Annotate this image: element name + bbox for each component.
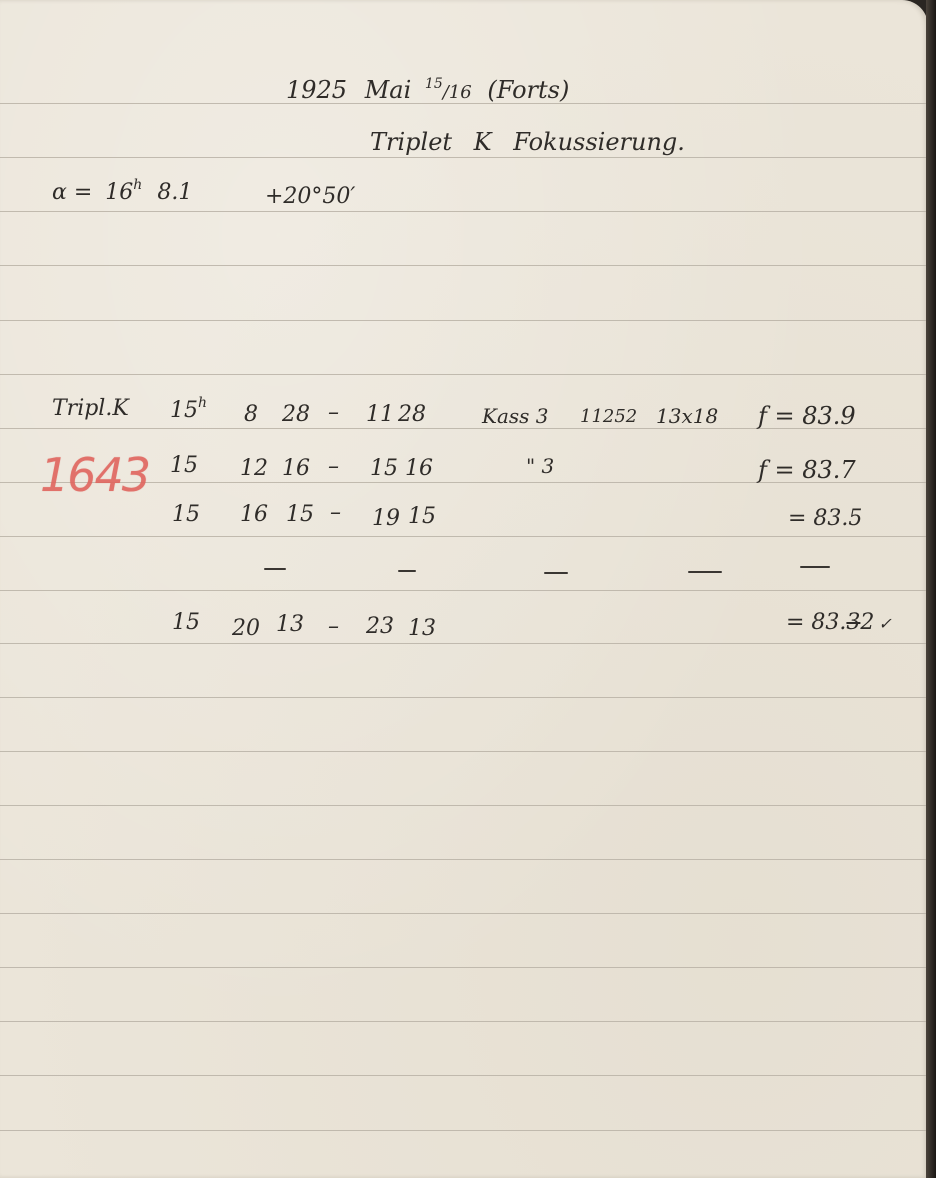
ruled-line	[0, 1130, 926, 1131]
focus-prefix: = 83.	[786, 610, 846, 635]
declination: +20°50′	[265, 186, 355, 208]
ditto-dash	[544, 572, 568, 574]
focus-struck-digit: 3	[846, 610, 860, 635]
row-start-sec: 13	[276, 614, 304, 636]
row-hour: 15	[170, 455, 198, 477]
row-focus-corrected: = 83.32✓	[786, 612, 892, 634]
row-plate-id: 11252	[580, 408, 637, 426]
page-edge-shadow	[926, 0, 936, 1178]
page-subtitle: Triplet K Fokussierung.	[370, 130, 685, 154]
row-focus: f = 83.9	[758, 404, 856, 428]
row-start-sec: 28	[282, 404, 310, 426]
ruled-line	[0, 374, 926, 375]
ruled-line	[0, 859, 926, 860]
row-separator: –	[328, 616, 339, 638]
alpha-hours-unit: h	[133, 177, 142, 193]
ruled-line	[0, 1021, 926, 1022]
row-separator: –	[328, 456, 339, 478]
date-month: Mai	[365, 76, 412, 104]
ruled-line	[0, 751, 926, 752]
date-line: 1925 Mai 15/16 (Forts)	[286, 78, 569, 102]
ditto-dash	[398, 570, 416, 572]
date-note: (Forts)	[487, 76, 569, 104]
alpha-minutes: 8.1	[157, 180, 192, 205]
plate-number-annotation: 1643	[40, 452, 149, 498]
date-day-start: 15	[425, 76, 443, 92]
row-hour: 15	[172, 612, 200, 634]
log-row-1: 15h	[170, 400, 207, 422]
ruled-line	[0, 157, 926, 158]
row-end-min: 15	[370, 458, 398, 480]
row-end-sec: 28	[398, 404, 426, 426]
ruled-line	[0, 805, 926, 806]
ruled-line	[0, 320, 926, 321]
alpha-hours: 16	[105, 180, 133, 205]
row-hour: 15	[170, 398, 198, 423]
ditto-dash	[688, 571, 722, 573]
row-end-min: 11	[366, 404, 394, 426]
row-end-sec: 16	[405, 458, 433, 480]
row-hour-unit: h	[198, 395, 207, 411]
row-start-sec: 16	[282, 458, 310, 480]
row-start-min: 12	[240, 458, 268, 480]
row-end-min: 19	[372, 508, 400, 530]
ruled-line	[0, 536, 926, 537]
right-ascension: α = 16h 8.1	[52, 182, 192, 204]
date-day-end: /16	[443, 82, 472, 103]
notebook-page: 1925 Mai 15/16 (Forts) Triplet K Fokussi…	[0, 0, 928, 1178]
row-focus: f = 83.7	[758, 458, 856, 482]
row-start-min: 20	[232, 618, 260, 640]
ditto-dash	[800, 566, 830, 568]
row-end-sec: 15	[408, 506, 436, 528]
row-end-sec: 13	[408, 618, 436, 640]
ruled-line	[0, 211, 926, 212]
row-end-min: 23	[366, 616, 394, 638]
row-start-min: 16	[240, 504, 268, 526]
checkmark-icon: ✓	[878, 614, 891, 633]
ruled-line	[0, 967, 926, 968]
ruled-line	[0, 265, 926, 266]
ruled-line	[0, 913, 926, 914]
alpha-label: α =	[52, 180, 92, 205]
ruled-line	[0, 697, 926, 698]
row-focus: = 83.5	[788, 508, 862, 530]
date-year: 1925	[286, 76, 347, 104]
row-cassette: " 3	[526, 456, 554, 476]
focus-corrected-digit: 2	[860, 610, 874, 635]
row-start-min: 8	[244, 404, 258, 426]
row-start-sec: 15	[286, 504, 314, 526]
ditto-dash	[264, 568, 286, 570]
ruled-line	[0, 1075, 926, 1076]
row-cassette: Kass 3	[482, 406, 548, 426]
ruled-line	[0, 103, 926, 104]
row-plate-size: 13x18	[656, 406, 718, 426]
row-separator: –	[328, 402, 339, 424]
instrument-label: Tripl.K	[52, 398, 129, 420]
ruled-line	[0, 643, 926, 644]
row-hour: 15	[172, 504, 200, 526]
row-separator: –	[330, 502, 341, 524]
ruled-line	[0, 590, 926, 591]
